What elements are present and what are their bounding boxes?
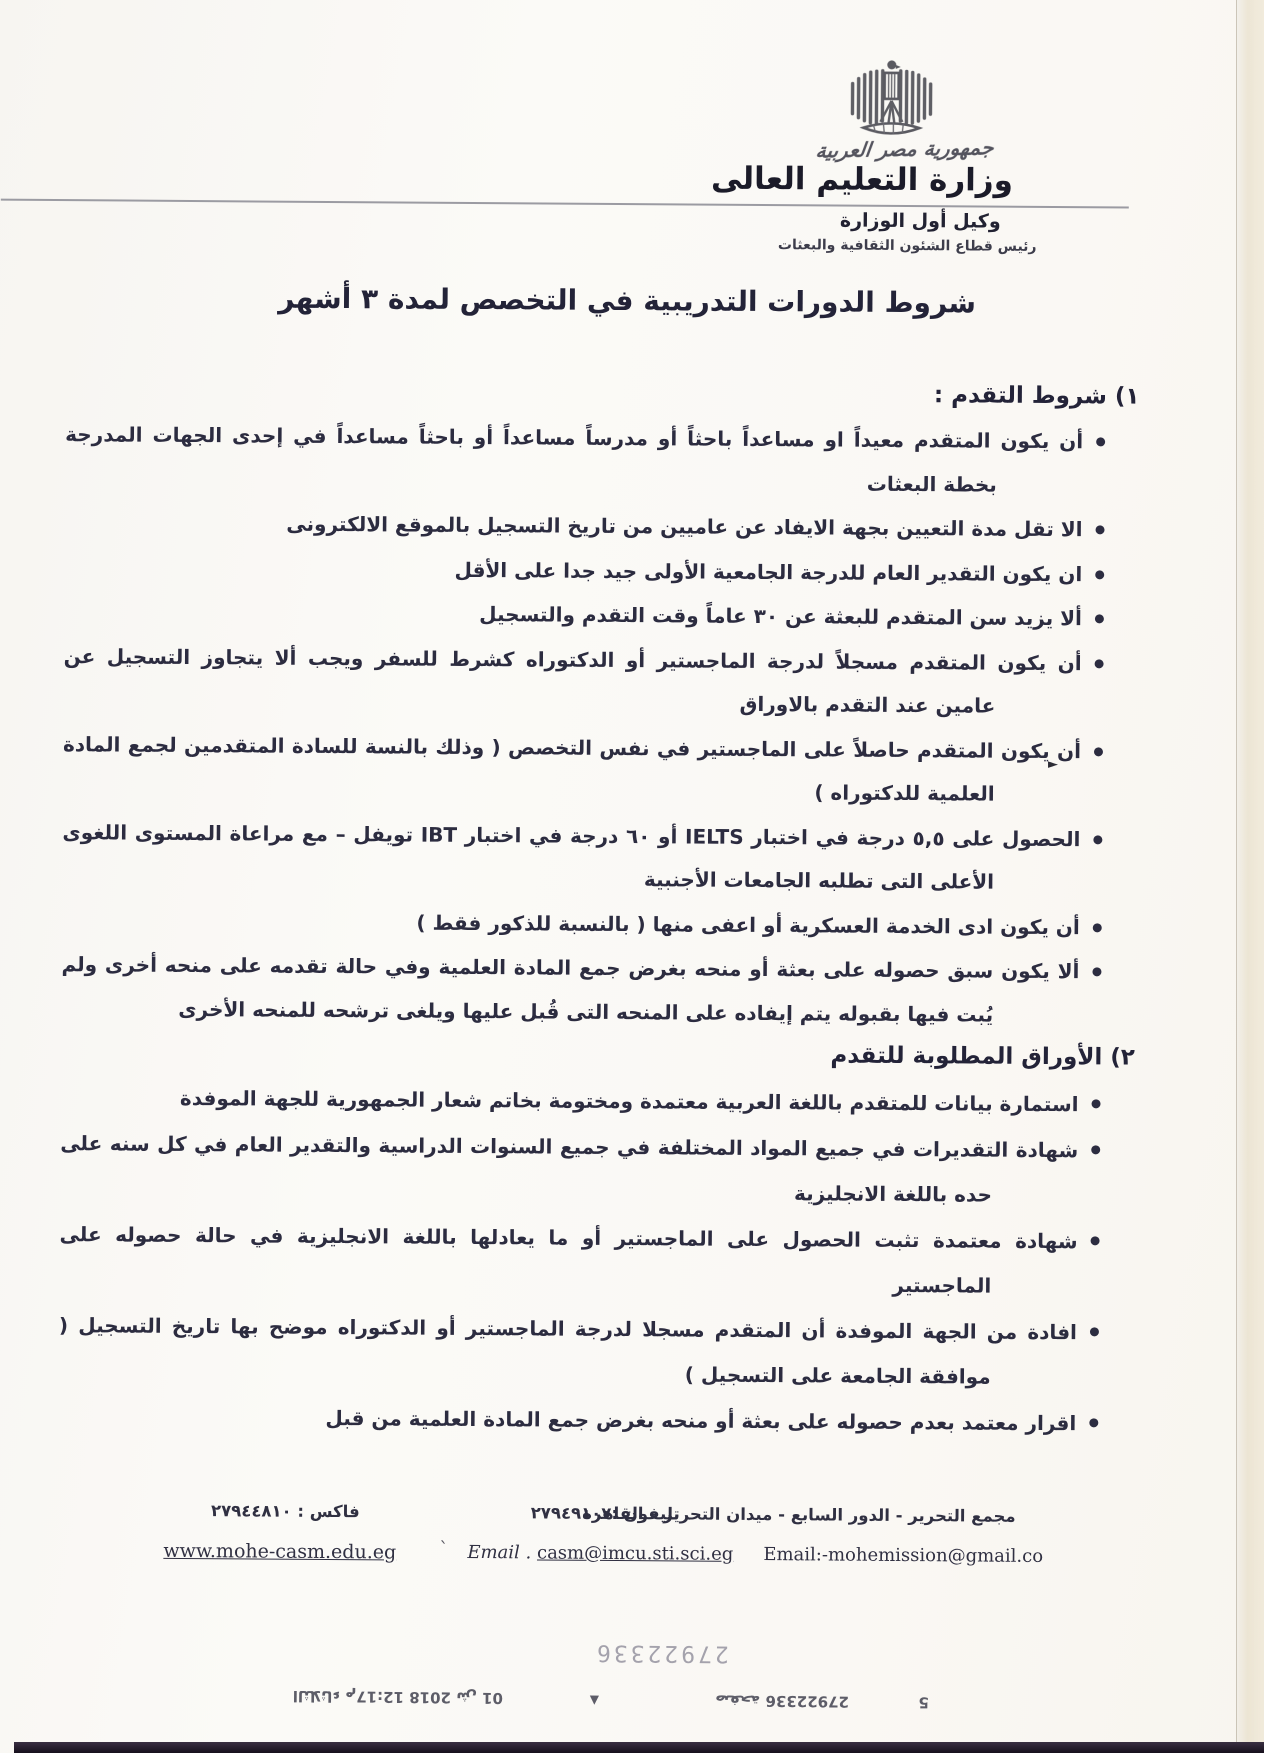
- requirement-item: ألا يكون سبق حصوله على بعثة أو منحه بغرض…: [61, 943, 1102, 1037]
- document-item: استمارة بيانات للمتقدم باللغة العربية مع…: [60, 1075, 1100, 1127]
- document-item: افادة من الجهة الموفدة أن المتقدم مسجلا …: [58, 1303, 1099, 1400]
- required-documents-list: استمارة بيانات للمتقدم باللغة العربية مع…: [58, 1075, 1101, 1447]
- ministry-name: وزارة التعليم العالى: [711, 161, 1013, 199]
- bullet-dot-icon: [1093, 923, 1102, 932]
- bullet-dot-icon: [1090, 1327, 1099, 1336]
- right-margin-arrow-icon: ►: [1048, 757, 1058, 772]
- requirement-item: الا تقل مدة التعيين بجهة الايفاد عن عامي…: [64, 501, 1104, 552]
- footer-email-1: Email . casm@imcu.sti.sci.eg: [467, 1542, 733, 1565]
- egypt-eagle-emblem-icon: [843, 56, 940, 143]
- bullet-dot-icon: [1089, 1418, 1098, 1427]
- scanned-document-page: جمهورية مصر العربية وزارة التعليم العالى…: [0, 0, 1264, 1753]
- trailer-arrow-icon: ▲: [590, 1694, 599, 1708]
- document-item: شهادة التقديرات في جميع المواد المختلفة …: [60, 1121, 1101, 1218]
- sector-head-line: رئيس قطاع الشئون الثقافية والبعثات: [778, 237, 1037, 255]
- bullet-dot-icon: [1096, 437, 1105, 446]
- bullet-dot-icon: [1091, 1236, 1100, 1245]
- footer-phone: تليفون :٢٧٩٤٩١٠٧: [531, 1503, 680, 1523]
- requirement-item: ألا يزيد سن المتقدم للبعثة عن ٣٠ عاماً و…: [64, 590, 1104, 641]
- requirement-item: ان يكون التقدير العام للدرجة الجامعية ال…: [64, 546, 1104, 597]
- section2-heading: ٢) الأوراق المطلوبة للتقدم: [830, 1042, 1135, 1070]
- trailer-datetime: الثلاثاء م12:17 2018 ش 01: [293, 1687, 503, 1707]
- deputy-minister-line: وكيل أول الوزارة: [840, 210, 1001, 233]
- document-item: اقرار معتمد بعدم حصوله على بعثة أو منحه …: [58, 1394, 1098, 1446]
- footer-email-2: Email:-mohemission@gmail.co: [763, 1544, 1043, 1567]
- bullet-dot-icon: [1093, 835, 1102, 844]
- faint-fax-number: 27922336: [594, 1639, 729, 1666]
- section1-heading: ١) شروط التقدم :: [934, 382, 1140, 409]
- document-content: جمهورية مصر العربية وزارة التعليم العالى…: [0, 0, 1264, 1753]
- republic-script-line: جمهورية مصر العربية: [814, 135, 995, 162]
- bullet-dot-icon: [1092, 1099, 1101, 1108]
- letterhead-divider: [1, 199, 1129, 209]
- footer-fax: فاكس : ٢٧٩٤٤٨١٠: [211, 1501, 360, 1521]
- footer-tick-mark: `: [439, 1539, 448, 1560]
- requirement-item: أن يكون ادى الخدمة العسكرية أو اعفى منها…: [62, 899, 1102, 950]
- scan-edge-bottom: [14, 1742, 1264, 1753]
- scan-edge-right: [1236, 0, 1264, 1753]
- requirement-item: أن يكون المتقدم مسجلاً لدرجة الماجستير أ…: [63, 635, 1104, 729]
- email-address: casm@imcu.sti.sci.eg: [537, 1542, 733, 1564]
- requirement-item: الحصول على ٥,٥ درجة في اختبار IELTS أو ٦…: [62, 811, 1103, 905]
- document-title: شروط الدورات التدريبية في التخصص لمدة ٣ …: [60, 280, 1194, 321]
- bullet-dot-icon: [1094, 747, 1103, 756]
- bullet-dot-icon: [1095, 614, 1104, 623]
- email-label: Email .: [467, 1542, 531, 1563]
- application-conditions-list: أن يكون المتقدم معيداً او مساعداً باحثاً…: [61, 413, 1105, 1038]
- document-item: شهادة معتمدة تثبت الحصول على الماجستير أ…: [59, 1212, 1100, 1309]
- bullet-dot-icon: [1092, 967, 1101, 976]
- trailer-fax-id: صفحة 27922336: [715, 1691, 849, 1710]
- footer-website: www.mohe-casm.edu.eg: [163, 1540, 396, 1564]
- bullet-dot-icon: [1096, 525, 1105, 534]
- bullet-dot-icon: [1095, 659, 1104, 668]
- requirement-item: أن يكون المتقدم معيداً او مساعداً باحثاً…: [65, 413, 1106, 507]
- bullet-dot-icon: [1091, 1145, 1100, 1154]
- trailer-page-number: 5: [918, 1693, 929, 1711]
- requirement-item: أن يكون المتقدم حاصلاً على الماجستير في …: [63, 723, 1104, 817]
- bullet-dot-icon: [1095, 570, 1104, 579]
